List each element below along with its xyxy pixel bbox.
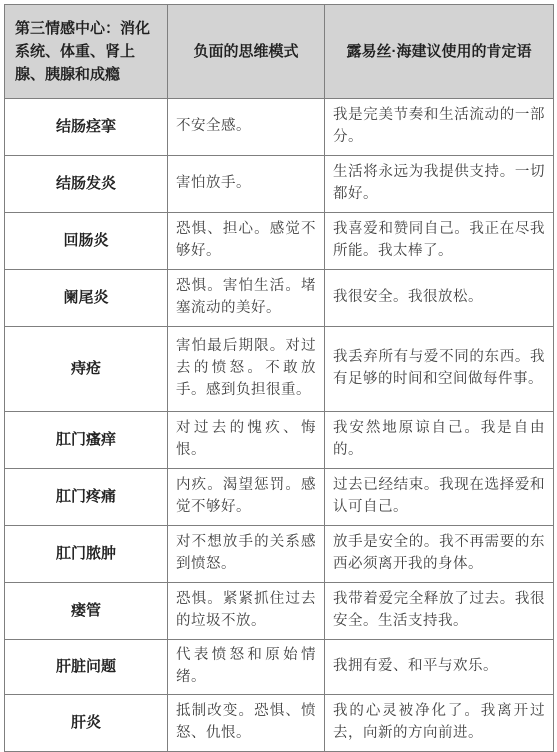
negative-pattern-cell: 对不想放手的关系感到愤怒。 bbox=[168, 526, 325, 583]
affirmation-cell: 我喜爱和赞同自己。我正在尽我所能。我太棒了。 bbox=[325, 213, 554, 270]
negative-pattern-cell: 害怕最后期限。对过去的愤怒。不敢放手。感到负担很重。 bbox=[168, 327, 325, 412]
affirmation-cell: 我丢弃所有与爱不同的东西。我有足够的时间和空间做每件事。 bbox=[325, 327, 554, 412]
negative-pattern-cell: 抵制改变。恐惧、愤怒、仇恨。 bbox=[168, 694, 325, 751]
table-row: 结肠发炎 害怕放手。 生活将永远为我提供支持。一切都好。 bbox=[5, 156, 554, 213]
negative-pattern-cell: 恐惧。害怕生活。堵塞流动的美好。 bbox=[168, 270, 325, 327]
table-row: 回肠炎 恐惧、担心。感觉不够好。 我喜爱和赞同自己。我正在尽我所能。我太棒了。 bbox=[5, 213, 554, 270]
condition-label: 肝炎 bbox=[5, 694, 168, 751]
affirmation-cell: 我很安全。我很放松。 bbox=[325, 270, 554, 327]
document-page: 第三情感中心：消化系统、体重、肾上腺、胰腺和成瘾 负面的思维模式 露易丝·海建议… bbox=[0, 0, 557, 747]
table-row: 肝脏问题 代表愤怒和原始情绪。 我拥有爱、和平与欢乐。 bbox=[5, 640, 554, 695]
negative-pattern-cell: 内疚。渴望惩罚。感觉不够好。 bbox=[168, 469, 325, 526]
condition-label: 回肠炎 bbox=[5, 213, 168, 270]
negative-pattern-cell: 代表愤怒和原始情绪。 bbox=[168, 640, 325, 695]
condition-label: 肛门瘙痒 bbox=[5, 412, 168, 469]
condition-label: 肝脏问题 bbox=[5, 640, 168, 695]
table-row: 肝炎 抵制改变。恐惧、愤怒、仇恨。 我的心灵被净化了。我离开过去，向新的方向前进… bbox=[5, 694, 554, 751]
affirmation-cell: 我是完美节奏和生活流动的一部分。 bbox=[325, 99, 554, 156]
condition-label: 结肠发炎 bbox=[5, 156, 168, 213]
affirmation-cell: 我的心灵被净化了。我离开过去，向新的方向前进。 bbox=[325, 694, 554, 751]
affirmation-cell: 过去已经结束。我现在选择爱和认可自己。 bbox=[325, 469, 554, 526]
header-cell-negative: 负面的思维模式 bbox=[168, 5, 325, 99]
affirmation-table: 第三情感中心：消化系统、体重、肾上腺、胰腺和成瘾 负面的思维模式 露易丝·海建议… bbox=[4, 4, 554, 752]
condition-label: 阑尾炎 bbox=[5, 270, 168, 327]
negative-pattern-cell: 不安全感。 bbox=[168, 99, 325, 156]
affirmation-cell: 我带着爱完全释放了过去。我很安全。生活支持我。 bbox=[325, 583, 554, 640]
condition-label: 肛门疼痛 bbox=[5, 469, 168, 526]
negative-pattern-cell: 恐惧、担心。感觉不够好。 bbox=[168, 213, 325, 270]
table-row: 阑尾炎 恐惧。害怕生活。堵塞流动的美好。 我很安全。我很放松。 bbox=[5, 270, 554, 327]
affirmation-cell: 放手是安全的。我不再需要的东西必须离开我的身体。 bbox=[325, 526, 554, 583]
negative-pattern-cell: 恐惧。紧紧抓住过去的垃圾不放。 bbox=[168, 583, 325, 640]
condition-label: 瘘管 bbox=[5, 583, 168, 640]
table-body: 结肠痉挛 不安全感。 我是完美节奏和生活流动的一部分。 结肠发炎 害怕放手。 生… bbox=[5, 99, 554, 752]
table-header: 第三情感中心：消化系统、体重、肾上腺、胰腺和成瘾 负面的思维模式 露易丝·海建议… bbox=[5, 5, 554, 99]
header-cell-condition: 第三情感中心：消化系统、体重、肾上腺、胰腺和成瘾 bbox=[5, 5, 168, 99]
condition-label: 结肠痉挛 bbox=[5, 99, 168, 156]
table-row: 瘘管 恐惧。紧紧抓住过去的垃圾不放。 我带着爱完全释放了过去。我很安全。生活支持… bbox=[5, 583, 554, 640]
table-row: 结肠痉挛 不安全感。 我是完美节奏和生活流动的一部分。 bbox=[5, 99, 554, 156]
negative-pattern-cell: 害怕放手。 bbox=[168, 156, 325, 213]
table-row: 痔疮 害怕最后期限。对过去的愤怒。不敢放手。感到负担很重。 我丢弃所有与爱不同的… bbox=[5, 327, 554, 412]
header-cell-affirmation: 露易丝·海建议使用的肯定语 bbox=[325, 5, 554, 99]
header-row: 第三情感中心：消化系统、体重、肾上腺、胰腺和成瘾 负面的思维模式 露易丝·海建议… bbox=[5, 5, 554, 99]
table-row: 肛门脓肿 对不想放手的关系感到愤怒。 放手是安全的。我不再需要的东西必须离开我的… bbox=[5, 526, 554, 583]
affirmation-cell: 我安然地原谅自己。我是自由的。 bbox=[325, 412, 554, 469]
affirmation-cell: 生活将永远为我提供支持。一切都好。 bbox=[325, 156, 554, 213]
table-row: 肛门疼痛 内疚。渴望惩罚。感觉不够好。 过去已经结束。我现在选择爱和认可自己。 bbox=[5, 469, 554, 526]
negative-pattern-cell: 对过去的愧疚、悔恨。 bbox=[168, 412, 325, 469]
affirmation-cell: 我拥有爱、和平与欢乐。 bbox=[325, 640, 554, 695]
condition-label: 肛门脓肿 bbox=[5, 526, 168, 583]
table-row: 肛门瘙痒 对过去的愧疚、悔恨。 我安然地原谅自己。我是自由的。 bbox=[5, 412, 554, 469]
condition-label: 痔疮 bbox=[5, 327, 168, 412]
